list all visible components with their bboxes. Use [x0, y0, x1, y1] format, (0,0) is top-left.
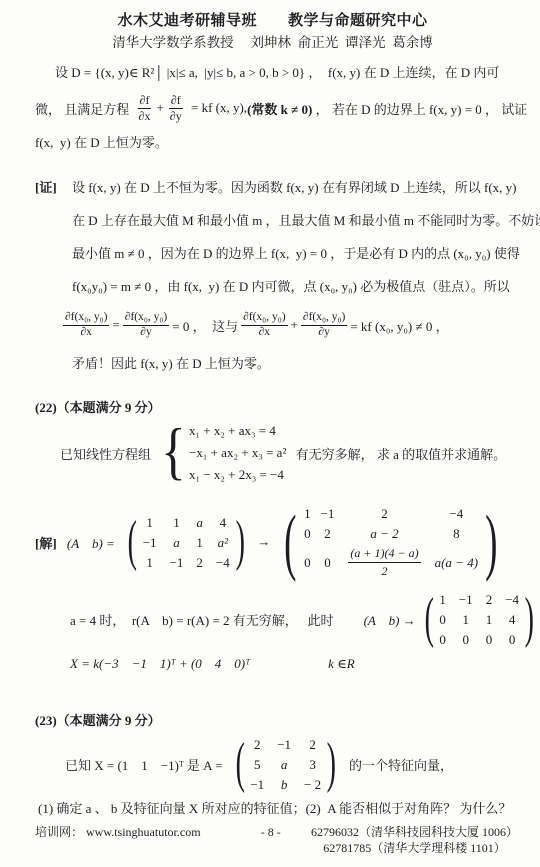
partial-fraction-y: ∂f∂y — [168, 93, 184, 123]
matrix-cell: −1 — [143, 534, 157, 551]
matrix-cell: 2 — [309, 736, 316, 753]
matrix-cell: 0 — [324, 554, 331, 571]
matrix-cell: a — [173, 534, 180, 551]
matrix-cell: 2 — [486, 591, 493, 608]
matrix-cell: 5 — [254, 756, 261, 773]
matrix-cell: 0 — [463, 631, 470, 648]
fraction-numerator: (a + 1)(4 − a) — [348, 545, 420, 563]
proof-body: 设 f(x, y) 在 D 上不恒为零。因为函数 f(x, y) 在有界闭域 D… — [72, 171, 540, 380]
matrix-cell: b — [281, 776, 288, 793]
fraction-numerator: ∂f — [169, 93, 183, 108]
right-paren: ) — [327, 737, 336, 790]
matrix-cell: −1 — [250, 776, 264, 793]
matrix-final: ( 1−12−4 0114 0000 ) — [420, 591, 539, 648]
matrix-cell: 1 — [146, 554, 153, 571]
plus-sign: + — [156, 100, 163, 116]
matrix-cell: 1 — [304, 505, 311, 522]
q23-questions: (1) 确定 a 、 b 及特征向量 X 所对应的特征值；(2) A 能否相似于… — [35, 799, 510, 819]
matrix-cell: 1 — [173, 514, 180, 531]
matrix-A: ( 2−12 5a3 −1b− 2 ) — [231, 736, 341, 793]
matrix-cell: 0 — [304, 525, 311, 542]
matrix-cell: 1 — [463, 611, 470, 628]
matrix-cell: a² — [218, 534, 228, 551]
footer-site: 培训网： www.tsinghuatutor.com — [35, 824, 201, 840]
fraction-denominator: ∂y — [316, 326, 331, 340]
problem-statement: 设 D = {(x, y)∈ R²│ |x|≤ a, |y|≤ b, a > 0… — [35, 57, 510, 159]
footer-phone-1: 62796032（清华科技园科技大厦 1006） — [311, 824, 518, 840]
doc-subtitle: 清华大学数学系教授 刘坤林 俞正光 谭泽光 葛余博 — [35, 34, 510, 52]
a4-matrix-lhs: (A b) → — [364, 610, 416, 629]
fraction-denominator: ∂x — [79, 326, 94, 340]
q22-header: (22)（本题满分 9 分） — [35, 397, 510, 416]
matrix-cell: −1 — [277, 736, 291, 753]
matrix-cell: −4 — [449, 505, 463, 522]
sol22-row: [解] (A b) = ( 11a4 −1a1a² 1−12−4 ) → ( 1… — [35, 502, 510, 582]
q22-intro: 已知线性方程组 — [60, 444, 154, 463]
system-brace: { — [161, 422, 186, 480]
matrix-cell: 3 — [309, 756, 316, 773]
matrix-cell: − 2 — [304, 776, 321, 793]
fraction-numerator: ∂f(x₀, y₀) — [123, 311, 169, 326]
matrix-cell: −1 — [459, 591, 473, 608]
q23-header: (23)（本题满分 9 分） — [35, 710, 510, 729]
left-paren: ( — [285, 507, 297, 577]
matrix-cell: 1 — [486, 611, 493, 628]
footer-contact: 62796032（清华科技园科技大厦 1006） 62781785（清华大学理科… — [311, 824, 518, 856]
equation-mid-text: = 0 ， 这与 — [172, 316, 238, 335]
matrix-cell: 0 — [509, 631, 516, 648]
problem-line-1: 设 D = {(x, y)∈ R²│ |x|≤ a, |y|≤ b, a > 0… — [35, 57, 510, 89]
augmented-matrix-lhs: (A b) = — [64, 533, 118, 552]
footer: 培训网： www.tsinghuatutor.com - 8 - 6279603… — [35, 824, 518, 856]
proof-label: [证] — [35, 171, 72, 380]
fraction-denominator: 2 — [380, 563, 390, 580]
partial-fraction-x: ∂f∂x — [137, 93, 153, 123]
problem-line-2: 微， 且满足方程 ∂f∂x + ∂f∂y = kf (x, y), (常数 k … — [35, 89, 510, 127]
q23-statement: 已知 X = (1 1 −1)ᵀ 是 A = ( 2−12 5a3 −1b− 2… — [35, 731, 510, 797]
matrix-cell: 2 — [196, 554, 203, 571]
right-paren: ) — [485, 507, 497, 577]
q23-pre: 已知 X = (1 1 −1)ᵀ 是 A = — [65, 755, 226, 774]
fraction-numerator: ∂f — [138, 93, 152, 108]
proof-line-3: 最小值 m ≠ 0 ，因为在 D 的边界上 f(x, y) = 0 ，于是必有 … — [72, 237, 540, 270]
proof-line-4: f(x₀y₀) = m ≠ 0 ，由 f(x, y) 在 D 内可微，点 (x₀… — [72, 270, 540, 303]
plus-sign: + — [291, 317, 298, 333]
a4-case-text: a = 4 时， r(A b) = r(A) = 2 有无穷解， 此时 — [70, 610, 334, 629]
arrow-right: → — [257, 534, 270, 550]
matrix-cell: 1 — [439, 591, 446, 608]
fraction-numerator: ∂f(x₀, y₀) — [301, 311, 347, 326]
matrix-reduced: ( 1−12−4 02a − 28 00(a + 1)(4 − a)2a(a −… — [278, 505, 503, 580]
matrix-cell: 4 — [509, 611, 516, 628]
equation-tail-text: = kf (x₀, y₀) ≠ 0 ， — [350, 316, 448, 335]
fraction-numerator: ∂f(x₀, y₀) — [241, 311, 287, 326]
matrix-cell: a — [281, 756, 288, 773]
document-page: 水木艾迪考研辅导班 教学与命题研究中心 清华大学数学系教授 刘坤林 俞正光 谭泽… — [0, 0, 540, 867]
matrix-cell: −1 — [170, 554, 184, 571]
general-solution: X = k(−3 −1 1)ᵀ + (0 4 0)ᵀ k ∈R — [35, 654, 510, 674]
matrix-cell: 1 — [196, 534, 203, 551]
matrix-grid: 2−12 5a3 −1b− 2 — [249, 736, 322, 793]
matrix-cell: −4 — [505, 591, 519, 608]
matrix-cell: 2 — [381, 505, 388, 522]
fraction-denominator: ∂y — [138, 326, 153, 340]
equation-line: x₁ + x₂ + ax₃ = 4 — [189, 422, 286, 440]
footer-phone-2: 62781785（清华大学理科楼 1101） — [311, 840, 518, 856]
matrix-cell: −4 — [216, 554, 230, 571]
matrix-cell: 0 — [304, 554, 311, 571]
a4-case-row: a = 4 时， r(A b) = r(A) = 2 有无穷解， 此时 (A b… — [35, 590, 510, 648]
matrix-cell: 0 — [439, 611, 446, 628]
q22-system-row: 已知线性方程组 { x₁ + x₂ + ax₃ = 4 −x₁ + ax₂ + … — [35, 418, 510, 488]
partial-fraction: ∂f(x₀, y₀)∂y — [123, 311, 169, 340]
proof-line-2: 在 D 上存在最大值 M 和最小值 m ，且最大值 M 和最小值 m 不能同时为… — [72, 204, 540, 237]
proof-equation-line: ∂f(x₀, y₀)∂x = ∂f(x₀, y₀)∂y = 0 ， 这与 ∂f(… — [60, 303, 540, 347]
equation-line: x₁ − x₂ + 2x₃ = −4 — [189, 466, 286, 484]
q22-outro: 有无穷多解， 求 a 的取值并求通解。 — [292, 444, 506, 463]
partial-fraction: ∂f(x₀, y₀)∂x — [63, 311, 109, 340]
left-paren: ( — [128, 515, 137, 568]
matrix-grid: 1−12−4 02a − 28 00(a + 1)(4 − a)2a(a − 4… — [303, 505, 479, 580]
right-paren: ) — [235, 515, 244, 568]
matrix-cell: 0 — [486, 631, 493, 648]
matrix-cell: 8 — [453, 525, 460, 542]
matrix-augmented: ( 11a4 −1a1a² 1−12−4 ) — [123, 514, 249, 571]
problem-line-2-post: ， 若在 D 的边界上 f(x, y) = 0 ， 试证 — [312, 99, 527, 118]
matrix-cell-fraction: (a + 1)(4 − a)2 — [348, 545, 420, 580]
matrix-cell: 0 — [439, 631, 446, 648]
footer-page-number: - 8 - — [261, 824, 281, 840]
problem-line-2-mid: = kf (x, y), — [188, 100, 247, 116]
left-paren: ( — [424, 592, 433, 645]
right-paren: ) — [525, 592, 534, 645]
matrix-cell: a — [196, 514, 203, 531]
matrix-cell: a(a − 4) — [435, 554, 478, 571]
fraction-denominator: ∂x — [257, 326, 272, 340]
solution-label: [解] — [35, 533, 57, 552]
problem-line-2-pre: 微， 且满足方程 — [35, 99, 133, 118]
matrix-grid: 11a4 −1a1a² 1−12−4 — [142, 514, 231, 571]
fraction-numerator: ∂f(x₀, y₀) — [63, 311, 109, 326]
doc-title: 水木艾迪考研辅导班 教学与命题研究中心 — [35, 12, 510, 30]
equation-line: −x₁ + ax₂ + x₃ = a² — [189, 444, 286, 462]
left-paren: ( — [235, 737, 244, 790]
matrix-cell: 2 — [324, 525, 331, 542]
partial-fraction: ∂f(x₀, y₀)∂y — [301, 311, 347, 340]
problem-line-3: f(x, y) 在 D 上恒为零。 — [35, 127, 510, 159]
matrix-cell: −1 — [321, 505, 335, 522]
problem-constant-note: (常数 k ≠ 0) — [247, 99, 312, 118]
equals-sign: = — [112, 317, 119, 333]
fraction-denominator: ∂x — [137, 109, 153, 123]
partial-fraction: ∂f(x₀, y₀)∂x — [241, 311, 287, 340]
matrix-cell: 4 — [220, 514, 227, 531]
proof-block: [证] 设 f(x, y) 在 D 上不恒为零。因为函数 f(x, y) 在有界… — [35, 171, 510, 380]
matrix-cell: 2 — [254, 736, 261, 753]
equation-system: x₁ + x₂ + ax₃ = 4 −x₁ + ax₂ + x₃ = a² x₁… — [189, 422, 286, 484]
proof-line-6: 矛盾！因此 f(x, y) 在 D 上恒为零。 — [72, 347, 540, 380]
q23-post: 的一个特征向量， — [346, 755, 453, 774]
matrix-cell: a − 2 — [370, 525, 398, 542]
matrix-grid: 1−12−4 0114 0000 — [438, 591, 520, 648]
fraction-denominator: ∂y — [168, 109, 184, 123]
matrix-cell: 1 — [146, 514, 153, 531]
proof-line-1: 设 f(x, y) 在 D 上不恒为零。因为函数 f(x, y) 在有界闭域 D… — [72, 171, 540, 204]
